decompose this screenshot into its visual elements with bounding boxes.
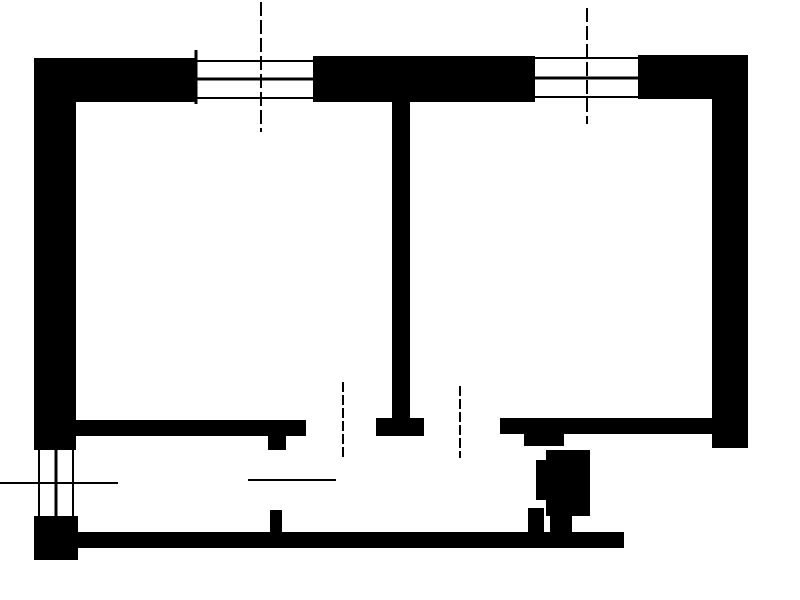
window-left-corridor — [0, 450, 118, 518]
central-partition — [392, 96, 410, 422]
left-door-jamb — [268, 430, 286, 450]
corridor-jamb — [270, 510, 282, 536]
window-top-right — [535, 8, 638, 124]
partition-foot — [376, 418, 424, 436]
exterior-walls — [34, 55, 748, 560]
floor-plan — [0, 0, 800, 600]
interior-walls — [70, 96, 748, 536]
window-top-left — [196, 2, 313, 132]
chimney-stack — [524, 432, 590, 534]
bottom-wall — [70, 532, 624, 548]
right-wall — [712, 55, 748, 448]
top-wall-middle — [313, 56, 535, 102]
left-wall-upper — [34, 58, 76, 450]
right-room-bottom-wall — [500, 418, 748, 434]
